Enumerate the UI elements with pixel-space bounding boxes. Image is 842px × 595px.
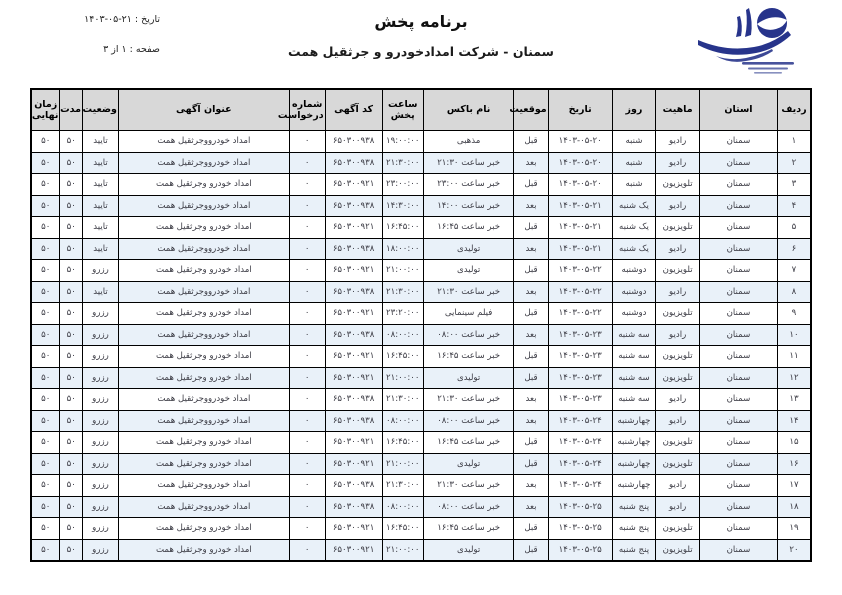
table-cell: ۶۵۰۳۰۰۹۳۸ <box>325 389 382 411</box>
table-cell: سمنان <box>699 389 777 411</box>
table-row: ۱۸سمنانرادیوپنج شنبه۱۴۰۳-۰۵-۲۵بعدخبر ساع… <box>31 496 811 518</box>
table-cell: ۵۰ <box>60 453 83 475</box>
column-header-12: مدت <box>60 89 83 131</box>
table-cell: ۵۰ <box>60 389 83 411</box>
table-cell: ۶۵۰۳۰۰۹۳۸ <box>325 324 382 346</box>
table-cell: رادیو <box>656 410 700 432</box>
table-cell: رادیو <box>656 195 700 217</box>
table-cell: ۵۰ <box>60 539 83 561</box>
table-cell: خبر ساعت ۲۱:۳۰ <box>423 281 513 303</box>
table-cell: ۱۴۰۳-۰۵-۲۴ <box>548 453 612 475</box>
table-cell: ۵۰ <box>60 260 83 282</box>
table-cell: رزرو <box>83 367 119 389</box>
table-cell: ۱۴۰۳-۰۵-۲۱ <box>548 238 612 260</box>
page-number-row: صفحه : ۱ از ۳ <box>30 44 160 55</box>
table-cell: ۱۴۰۳-۰۵-۲۱ <box>548 195 612 217</box>
table-cell: ۰ <box>289 217 325 239</box>
table-cell: امداد خودرووجرثقیل همت <box>118 195 289 217</box>
table-row: ۳سمنانتلویزیونشنبه۱۴۰۳-۰۵-۲۰قبلخبر ساعت … <box>31 174 811 196</box>
table-cell: ۶۵۰۳۰۰۹۲۱ <box>325 346 382 368</box>
table-cell: خبر ساعت ۲۳:۰۰ <box>423 174 513 196</box>
table-cell: تلویزیون <box>656 539 700 561</box>
table-cell: رادیو <box>656 238 700 260</box>
table-cell: تولیدی <box>423 260 513 282</box>
table-cell: سه شنبه <box>612 389 656 411</box>
table-cell: ۱۷ <box>777 475 811 497</box>
table-cell: ۶۵۰۳۰۰۹۳۸ <box>325 238 382 260</box>
table-cell: تایید <box>83 217 119 239</box>
table-cell: ۵۰ <box>60 238 83 260</box>
table-cell: ۱۴۰۳-۰۵-۲۴ <box>548 432 612 454</box>
table-cell: امداد خودرو وجرثقیل همت <box>118 453 289 475</box>
table-cell: قبل <box>514 518 548 540</box>
table-cell: مذهبی <box>423 131 513 153</box>
table-cell: ۶۵۰۳۰۰۹۲۱ <box>325 174 382 196</box>
table-cell: ۵۰ <box>31 281 60 303</box>
table-cell: ۱۴ <box>777 410 811 432</box>
table-cell: ۶۵۰۳۰۰۹۳۸ <box>325 410 382 432</box>
table-cell: ۱۴۰۳-۰۵-۲۲ <box>548 281 612 303</box>
table-cell: خبر ساعت ۰۸:۰۰ <box>423 324 513 346</box>
table-cell: سمنان <box>699 281 777 303</box>
table-cell: تلویزیون <box>656 367 700 389</box>
table-cell: قبل <box>514 453 548 475</box>
column-header-2: ماهیت <box>656 89 700 131</box>
table-cell: ۰ <box>289 260 325 282</box>
table-cell: ۵۰ <box>60 496 83 518</box>
table-row: ۴سمنانرادیویک شنبه۱۴۰۳-۰۵-۲۱بعدخبر ساعت … <box>31 195 811 217</box>
table-cell: رزرو <box>83 410 119 432</box>
table-cell: ۵۰ <box>31 496 60 518</box>
table-cell: امداد خودرووجرثقیل همت <box>118 475 289 497</box>
table-cell: ۵۰ <box>31 389 60 411</box>
table-cell: ۱۳ <box>777 389 811 411</box>
table-cell: ۶۵۰۳۰۰۹۲۱ <box>325 217 382 239</box>
table-row: ۵سمنانتلویزیونیک شنبه۱۴۰۳-۰۵-۲۱قبلخبر سا… <box>31 217 811 239</box>
table-cell: ۱۸ <box>777 496 811 518</box>
table-cell: پنج شنبه <box>612 518 656 540</box>
table-cell: ۵۰ <box>31 518 60 540</box>
table-cell: ۵۰ <box>31 131 60 153</box>
table-row: ۶سمنانرادیویک شنبه۱۴۰۳-۰۵-۲۱بعدتولیدی۱۸:… <box>31 238 811 260</box>
column-header-4: تاریخ <box>548 89 612 131</box>
table-cell: ۵۰ <box>31 539 60 561</box>
table-cell: رزرو <box>83 432 119 454</box>
table-cell: بعد <box>514 475 548 497</box>
table-cell: سمنان <box>699 539 777 561</box>
table-cell: ۰ <box>289 432 325 454</box>
table-cell: قبل <box>514 303 548 325</box>
table-cell: ۲۱:۳۰:۰۰ <box>382 389 423 411</box>
table-cell: ۰ <box>289 475 325 497</box>
table-cell: بعد <box>514 324 548 346</box>
table-cell: امداد خودرو وجرثقیل همت <box>118 260 289 282</box>
table-cell: ۰ <box>289 174 325 196</box>
table-cell: ۲۱:۰۰:۰۰ <box>382 453 423 475</box>
table-cell: امداد خودرو وجرثقیل همت <box>118 539 289 561</box>
table-cell: ۰ <box>289 303 325 325</box>
table-cell: امداد خودرووجرثقیل همت <box>118 238 289 260</box>
table-row: ۸سمنانرادیودوشنبه۱۴۰۳-۰۵-۲۲بعدخبر ساعت ۲… <box>31 281 811 303</box>
table-cell: ۰ <box>289 518 325 540</box>
table-cell: رزرو <box>83 496 119 518</box>
table-cell: سمنان <box>699 238 777 260</box>
table-cell: تلویزیون <box>656 346 700 368</box>
table-cell: خبر ساعت ۲۱:۳۰ <box>423 152 513 174</box>
table-cell: ۰ <box>289 281 325 303</box>
table-cell: ۱۸:۰۰:۰۰ <box>382 238 423 260</box>
table-cell: ۲۳:۰۰:۰۰ <box>382 174 423 196</box>
table-cell: تایید <box>83 238 119 260</box>
table-row: ۱۶سمنانتلویزیونچهارشنبه۱۴۰۳-۰۵-۲۴قبلتولی… <box>31 453 811 475</box>
table-cell: امداد خودرو وجرثقیل همت <box>118 367 289 389</box>
table-cell: تلویزیون <box>656 260 700 282</box>
table-cell: رادیو <box>656 475 700 497</box>
table-cell: چهارشنبه <box>612 432 656 454</box>
table-cell: سمنان <box>699 475 777 497</box>
table-cell: ۱۶:۴۵:۰۰ <box>382 217 423 239</box>
table-cell: ۵ <box>777 217 811 239</box>
table-cell: ۱۶:۴۵:۰۰ <box>382 346 423 368</box>
table-cell: سمنان <box>699 453 777 475</box>
table-cell: ۱۹ <box>777 518 811 540</box>
table-cell: ۰ <box>289 453 325 475</box>
table-row: ۱۳سمنانرادیوسه شنبه۱۴۰۳-۰۵-۲۳بعدخبر ساعت… <box>31 389 811 411</box>
table-cell: ۵۰ <box>31 238 60 260</box>
table-cell: ۵۰ <box>60 475 83 497</box>
table-cell: ۲۳:۲۰:۰۰ <box>382 303 423 325</box>
table-cell: سمنان <box>699 346 777 368</box>
table-cell: ۰۸:۰۰:۰۰ <box>382 324 423 346</box>
table-cell: ۲۱:۳۰:۰۰ <box>382 475 423 497</box>
table-cell: ۱۴۰۳-۰۵-۲۵ <box>548 539 612 561</box>
table-cell: امداد خودرووجرثقیل همت <box>118 496 289 518</box>
table-cell: ۲ <box>777 152 811 174</box>
table-cell: تایید <box>83 281 119 303</box>
table-cell: امداد خودرو وجرثقیل همت <box>118 518 289 540</box>
table-cell: سمنان <box>699 303 777 325</box>
table-cell: رزرو <box>83 303 119 325</box>
table-cell: امداد خودرووجرثقیل همت <box>118 131 289 153</box>
table-cell: ۱۴۰۳-۰۵-۲۴ <box>548 410 612 432</box>
table-cell: سمنان <box>699 518 777 540</box>
table-cell: ۶۵۰۳۰۰۹۲۱ <box>325 303 382 325</box>
table-cell: پنج شنبه <box>612 539 656 561</box>
table-cell: ۱۴۰۳-۰۵-۲۴ <box>548 475 612 497</box>
table-cell: ۵۰ <box>31 410 60 432</box>
table-cell: ۶۵۰۳۰۰۹۳۸ <box>325 496 382 518</box>
table-cell: رزرو <box>83 475 119 497</box>
table-row: ۲سمنانرادیوشنبه۱۴۰۳-۰۵-۲۰بعدخبر ساعت ۲۱:… <box>31 152 811 174</box>
table-cell: ۲۰ <box>777 539 811 561</box>
table-cell: ۶۵۰۳۰۰۹۲۱ <box>325 260 382 282</box>
table-cell: شنبه <box>612 131 656 153</box>
table-cell: تولیدی <box>423 367 513 389</box>
table-header: ردیفاستانماهیتروزتاریخموقعیتنام باکسساعت… <box>31 89 811 131</box>
table-cell: ۶۵۰۳۰۰۹۳۸ <box>325 475 382 497</box>
table-cell: رادیو <box>656 324 700 346</box>
table-row: ۱۷سمنانرادیوچهارشنبه۱۴۰۳-۰۵-۲۴بعدخبر ساع… <box>31 475 811 497</box>
table-cell: قبل <box>514 174 548 196</box>
table-cell: ۵۰ <box>60 303 83 325</box>
title-block: برنامه پخش سمنان - شرکت امدادخودرو و جرث… <box>180 12 662 59</box>
table-cell: ۹ <box>777 303 811 325</box>
table-row: ۲۰سمنانتلویزیونپنج شنبه۱۴۰۳-۰۵-۲۵قبلتولی… <box>31 539 811 561</box>
table-cell: ۰ <box>289 346 325 368</box>
table-row: ۱۴سمنانرادیوچهارشنبه۱۴۰۳-۰۵-۲۴بعدخبر ساع… <box>31 410 811 432</box>
table-row: ۱۲سمنانتلویزیونسه شنبه۱۴۰۳-۰۵-۲۳قبلتولید… <box>31 367 811 389</box>
table-cell: خبر ساعت ۲۱:۳۰ <box>423 475 513 497</box>
table-cell: سمنان <box>699 217 777 239</box>
table-cell: خبر ساعت ۱۶:۴۵ <box>423 217 513 239</box>
table-cell: ۵۰ <box>31 152 60 174</box>
table-cell: امداد خودرووجرثقیل همت <box>118 281 289 303</box>
table-row: ۱۰سمنانرادیوسه شنبه۱۴۰۳-۰۵-۲۳بعدخبر ساعت… <box>31 324 811 346</box>
table-cell: امداد خودرووجرثقیل همت <box>118 324 289 346</box>
column-header-9: شماره درخواست <box>289 89 325 131</box>
table-cell: ۱ <box>777 131 811 153</box>
table-cell: قبل <box>514 539 548 561</box>
company-logo <box>686 4 808 78</box>
table-cell: ۵۰ <box>60 217 83 239</box>
table-cell: رزرو <box>83 346 119 368</box>
table-cell: سمنان <box>699 195 777 217</box>
table-cell: ۰ <box>289 410 325 432</box>
table-cell: رزرو <box>83 453 119 475</box>
table-row: ۱۵سمنانتلویزیونچهارشنبه۱۴۰۳-۰۵-۲۴قبلخبر … <box>31 432 811 454</box>
table-cell: ۵۰ <box>60 195 83 217</box>
column-header-13: زمان نهایی <box>31 89 60 131</box>
report-page: برنامه پخش سمنان - شرکت امدادخودرو و جرث… <box>0 0 842 595</box>
table-cell: ۱۴۰۳-۰۵-۲۲ <box>548 303 612 325</box>
report-header: برنامه پخش سمنان - شرکت امدادخودرو و جرث… <box>0 0 842 86</box>
table-cell: ۱۲ <box>777 367 811 389</box>
table-cell: ۳ <box>777 174 811 196</box>
table-cell: قبل <box>514 432 548 454</box>
table-cell: ۱۴۰۳-۰۵-۲۵ <box>548 496 612 518</box>
table-cell: ۱۴۰۳-۰۵-۲۳ <box>548 389 612 411</box>
table-cell: خبر ساعت ۱۶:۴۵ <box>423 518 513 540</box>
table-cell: سمنان <box>699 324 777 346</box>
table-cell: ۰ <box>289 367 325 389</box>
table-cell: امداد خودرووجرثقیل همت <box>118 389 289 411</box>
table-cell: سمنان <box>699 410 777 432</box>
table-cell: ۵۰ <box>60 281 83 303</box>
table-cell: سه شنبه <box>612 324 656 346</box>
table-cell: ۶۵۰۳۰۰۹۲۱ <box>325 518 382 540</box>
table-cell: ۰ <box>289 496 325 518</box>
table-cell: ۶۵۰۳۰۰۹۳۸ <box>325 195 382 217</box>
column-header-0: ردیف <box>777 89 811 131</box>
table-cell: امداد خودرووجرثقیل همت <box>118 152 289 174</box>
table-cell: سمنان <box>699 496 777 518</box>
column-header-7: ساعت پخش <box>382 89 423 131</box>
table-cell: بعد <box>514 389 548 411</box>
table-cell: رزرو <box>83 260 119 282</box>
table-cell: امداد خودرو وجرثقیل همت <box>118 174 289 196</box>
table-cell: ۰ <box>289 152 325 174</box>
table-cell: ۶۵۰۳۰۰۹۳۸ <box>325 152 382 174</box>
table-cell: ۵۰ <box>60 410 83 432</box>
table-cell: رادیو <box>656 389 700 411</box>
table-cell: ۱۴۰۳-۰۵-۲۳ <box>548 324 612 346</box>
table-cell: ۶۵۰۳۰۰۹۲۱ <box>325 432 382 454</box>
table-cell: ۱۴۰۳-۰۵-۲۲ <box>548 260 612 282</box>
table-cell: چهارشنبه <box>612 475 656 497</box>
table-cell: سمنان <box>699 174 777 196</box>
table-cell: ۱۰ <box>777 324 811 346</box>
table-cell: قبل <box>514 260 548 282</box>
table-cell: رزرو <box>83 324 119 346</box>
table-cell: تلویزیون <box>656 303 700 325</box>
table-cell: تلویزیون <box>656 217 700 239</box>
table-cell: بعد <box>514 238 548 260</box>
table-cell: ۰ <box>289 324 325 346</box>
table-cell: ۲۱:۳۰:۰۰ <box>382 281 423 303</box>
table-cell: ۱۴۰۳-۰۵-۲۰ <box>548 131 612 153</box>
table-cell: قبل <box>514 367 548 389</box>
table-cell: بعد <box>514 281 548 303</box>
table-cell: ۵۰ <box>31 195 60 217</box>
table-cell: ۵۰ <box>31 346 60 368</box>
header-row: ردیفاستانماهیتروزتاریخموقعیتنام باکسساعت… <box>31 89 811 131</box>
table-cell: ۰ <box>289 195 325 217</box>
table-cell: امداد خودرو وجرثقیل همت <box>118 303 289 325</box>
table-cell: بعد <box>514 195 548 217</box>
table-cell: امداد خودرو وجرثقیل همت <box>118 217 289 239</box>
table-cell: رادیو <box>656 131 700 153</box>
table-cell: ۱۶:۴۵:۰۰ <box>382 518 423 540</box>
table-cell: ۱۴۰۳-۰۵-۲۱ <box>548 217 612 239</box>
table-cell: رزرو <box>83 518 119 540</box>
table-cell: رادیو <box>656 281 700 303</box>
table-cell: سه شنبه <box>612 346 656 368</box>
column-header-1: استان <box>699 89 777 131</box>
table-cell: پنج شنبه <box>612 496 656 518</box>
table-cell: رادیو <box>656 152 700 174</box>
table-cell: خبر ساعت ۲۱:۳۰ <box>423 389 513 411</box>
table-cell: ۶۵۰۳۰۰۹۲۱ <box>325 367 382 389</box>
table-cell: سمنان <box>699 131 777 153</box>
table-cell: ۱۱ <box>777 346 811 368</box>
table-row: ۷سمنانتلویزیوندوشنبه۱۴۰۳-۰۵-۲۲قبلتولیدی۲… <box>31 260 811 282</box>
table-cell: ۵۰ <box>31 453 60 475</box>
table-cell: ۵۰ <box>60 174 83 196</box>
table-cell: خبر ساعت ۱۶:۴۵ <box>423 432 513 454</box>
table-cell: دوشنبه <box>612 260 656 282</box>
table-cell: ۵۰ <box>31 174 60 196</box>
table-row: ۹سمنانتلویزیوندوشنبه۱۴۰۳-۰۵-۲۲قبلفیلم سی… <box>31 303 811 325</box>
table-cell: ۲۱:۰۰:۰۰ <box>382 539 423 561</box>
table-cell: ۱۴۰۳-۰۵-۲۳ <box>548 367 612 389</box>
table-cell: ۱۶ <box>777 453 811 475</box>
column-header-8: کد آگهی <box>325 89 382 131</box>
column-header-3: روز <box>612 89 656 131</box>
table-cell: ۲۱:۰۰:۰۰ <box>382 367 423 389</box>
table-cell: ۵۰ <box>60 346 83 368</box>
table-cell: ۶۵۰۳۰۰۹۲۱ <box>325 539 382 561</box>
table-cell: ۵۰ <box>60 432 83 454</box>
table-cell: ۲۱:۰۰:۰۰ <box>382 260 423 282</box>
table-cell: ۶ <box>777 238 811 260</box>
table-cell: یک شنبه <box>612 238 656 260</box>
column-header-5: موقعیت <box>514 89 548 131</box>
table-cell: چهارشنبه <box>612 410 656 432</box>
column-header-11: وضعیت <box>83 89 119 131</box>
table-cell: دوشنبه <box>612 303 656 325</box>
table-cell: ۵۰ <box>60 518 83 540</box>
table-cell: سمنان <box>699 260 777 282</box>
table-cell: ۶۵۰۳۰۰۹۳۸ <box>325 131 382 153</box>
table-cell: امداد خودرو وجرثقیل همت <box>118 432 289 454</box>
table-cell: ۵۰ <box>31 475 60 497</box>
table-cell: ۱۴۰۳-۰۵-۲۰ <box>548 174 612 196</box>
table-row: ۱۹سمنانتلویزیونپنج شنبه۱۴۰۳-۰۵-۲۵قبلخبر … <box>31 518 811 540</box>
table-cell: تلویزیون <box>656 432 700 454</box>
table-body: ۱سمنانرادیوشنبه۱۴۰۳-۰۵-۲۰قبلمذهبی۱۹:۰۰:۰… <box>31 131 811 562</box>
table-cell: رزرو <box>83 539 119 561</box>
table-cell: ۵۰ <box>60 324 83 346</box>
table-cell: ۵۰ <box>31 217 60 239</box>
table-cell: ۵۰ <box>31 260 60 282</box>
table-cell: خبر ساعت ۱۴:۰۰ <box>423 195 513 217</box>
table-cell: خبر ساعت ۱۶:۴۵ <box>423 346 513 368</box>
table-cell: بعد <box>514 496 548 518</box>
page-subtitle: سمنان - شرکت امدادخودرو و جرثقیل همت <box>180 44 662 59</box>
table-cell: تولیدی <box>423 453 513 475</box>
table-cell: ۵۰ <box>60 152 83 174</box>
page-title: برنامه پخش <box>180 12 662 31</box>
table-cell: امداد خودرووجرثقیل همت <box>118 410 289 432</box>
table-cell: ۰۸:۰۰:۰۰ <box>382 410 423 432</box>
date-value: ۱۴۰۳-۰۵-۲۱ <box>82 14 132 25</box>
table-cell: ۵۰ <box>31 432 60 454</box>
table-cell: تولیدی <box>423 238 513 260</box>
table-cell: تایید <box>83 131 119 153</box>
table-cell: ۰۸:۰۰:۰۰ <box>382 496 423 518</box>
table-cell: ۰ <box>289 539 325 561</box>
table-cell: ۶۵۰۳۰۰۹۲۱ <box>325 453 382 475</box>
date-label: تاریخ : <box>135 14 160 25</box>
page-number-value: ۱ از ۳ <box>101 44 127 55</box>
table-cell: سمنان <box>699 367 777 389</box>
table-cell: یک شنبه <box>612 195 656 217</box>
table-cell: چهارشنبه <box>612 453 656 475</box>
table-cell: تولیدی <box>423 539 513 561</box>
header-meta: تاریخ : ۱۴۰۳-۰۵-۲۱ صفحه : ۱ از ۳ <box>30 14 160 74</box>
logo-mark-icon <box>686 4 808 78</box>
table-cell: ۶۵۰۳۰۰۹۳۸ <box>325 281 382 303</box>
table-cell: قبل <box>514 346 548 368</box>
table-cell: قبل <box>514 217 548 239</box>
date-row: تاریخ : ۱۴۰۳-۰۵-۲۱ <box>30 14 160 25</box>
table-cell: دوشنبه <box>612 281 656 303</box>
table-cell: تلویزیون <box>656 518 700 540</box>
table-cell: بعد <box>514 410 548 432</box>
table-cell: امداد خودرو وجرثقیل همت <box>118 346 289 368</box>
table-cell: تایید <box>83 152 119 174</box>
schedule-table: ردیفاستانماهیتروزتاریخموقعیتنام باکسساعت… <box>30 88 812 562</box>
table-cell: ۰ <box>289 389 325 411</box>
table-cell: ۱۴۰۳-۰۵-۲۰ <box>548 152 612 174</box>
table-row: ۱۱سمنانتلویزیونسه شنبه۱۴۰۳-۰۵-۲۳قبلخبر س… <box>31 346 811 368</box>
table-cell: تلویزیون <box>656 453 700 475</box>
table-cell: ۵۰ <box>31 303 60 325</box>
column-header-10: عنوان آگهی <box>118 89 289 131</box>
table-cell: قبل <box>514 131 548 153</box>
table-cell: خبر ساعت ۰۸:۰۰ <box>423 410 513 432</box>
table-cell: ۱۵ <box>777 432 811 454</box>
